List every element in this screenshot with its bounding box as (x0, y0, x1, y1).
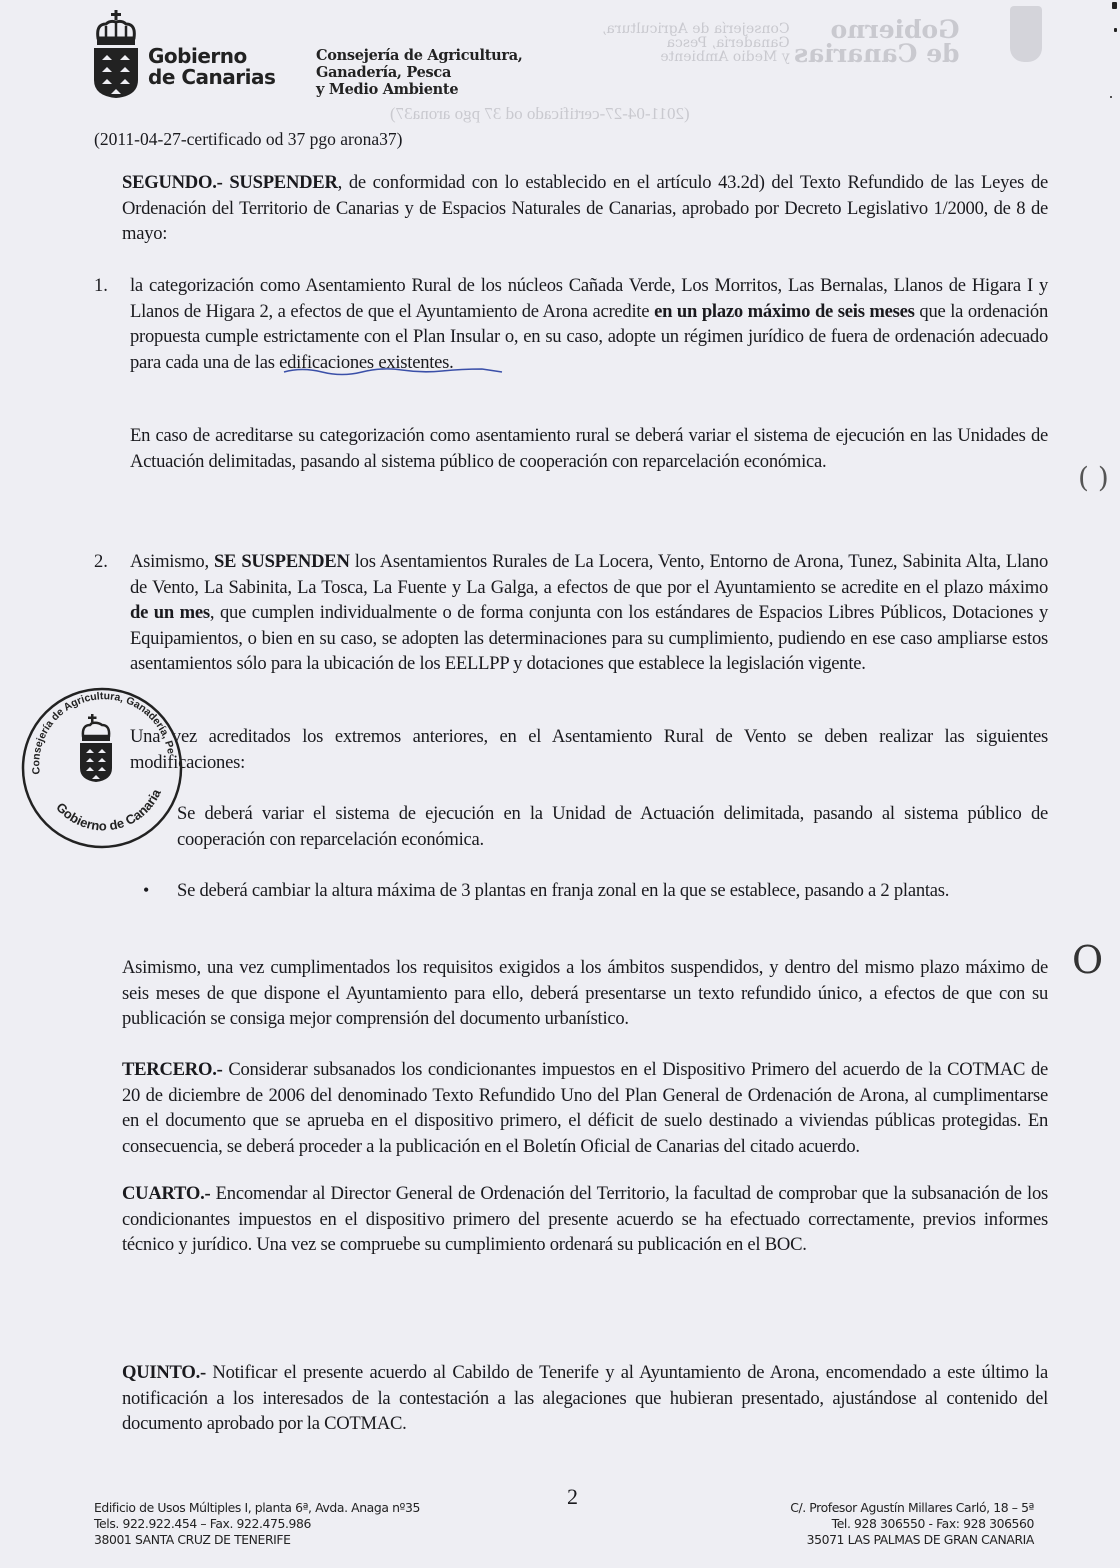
scan-speck (1110, 96, 1112, 98)
item-1-followup: En caso de acreditarse su categorización… (130, 423, 1048, 474)
vento-modification-1: Se deberá variar el sistema de ejecución… (177, 801, 1048, 852)
segundo-paragraph: SEGUNDO.- SUSPENDER, de conformidad con … (122, 170, 1048, 247)
document-reference: (2011-04-27-certificado od 37 pgo arona3… (94, 129, 402, 150)
brand-name: Gobierno de Canarias (148, 46, 275, 88)
bullet-icon: • (143, 878, 149, 904)
item-number-1: 1. (94, 273, 108, 299)
page-number: 2 (567, 1484, 578, 1510)
scan-speck (1114, 28, 1117, 32)
ghost-consejeria: Consejería de Agricultura, Ganadería, Pe… (602, 22, 790, 64)
segundo-label: SEGUNDO.- SUSPENDER (122, 172, 338, 193)
footer-address-tenerife: Edificio de Usos Múltiples I, planta 6ª,… (94, 1500, 420, 1548)
quinto-paragraph: QUINTO.- Notificar el presente acuerdo a… (122, 1360, 1048, 1437)
coat-of-arms-icon (92, 10, 140, 98)
punch-hole-mark: ( ) (1078, 461, 1109, 494)
footer-address-gran-canaria: C/. Profesor Agustín Millares Carló, 18 … (790, 1500, 1034, 1548)
scan-speck (1112, 2, 1117, 9)
tercero-paragraph: TERCERO.- Considerar subsanados los cond… (122, 1057, 1048, 1159)
quinto-label: QUINTO.- (122, 1362, 206, 1383)
department-name: Consejería de Agricultura, Ganadería, Pe… (316, 47, 523, 98)
handwritten-underline (282, 366, 504, 376)
official-stamp-icon: Consejería de Agricultura, Ganadería, Pe… (18, 684, 184, 850)
document-page: Gobierno de Canarias Consejería de Agric… (0, 0, 1120, 1568)
punch-hole-mark: O (1072, 938, 1103, 982)
cuarto-paragraph: CUARTO.- Encomendar al Director General … (122, 1181, 1048, 1258)
ghost-coat-of-arms (1010, 6, 1042, 62)
tercero-label: TERCERO.- (122, 1059, 223, 1080)
ghost-reference: (2011-04-27-certificado od 37 pgo arona3… (390, 104, 690, 124)
asimismo-paragraph: Asimismo, una vez cumplimentados los req… (122, 955, 1048, 1032)
item-number-2: 2. (94, 549, 108, 575)
cuarto-label: CUARTO.- (122, 1183, 210, 1204)
item-1-paragraph: la categorización como Asentamiento Rura… (130, 273, 1048, 375)
vento-modification-2: Se deberá cambiar la altura máxima de 3 … (177, 878, 1048, 904)
item-2-paragraph: Asimismo, SE SUSPENDEN los Asentamientos… (130, 549, 1048, 677)
ghost-brand: Gobierno de Canarias (794, 18, 960, 66)
vento-intro: Una vez acreditados los extremos anterio… (130, 724, 1048, 775)
